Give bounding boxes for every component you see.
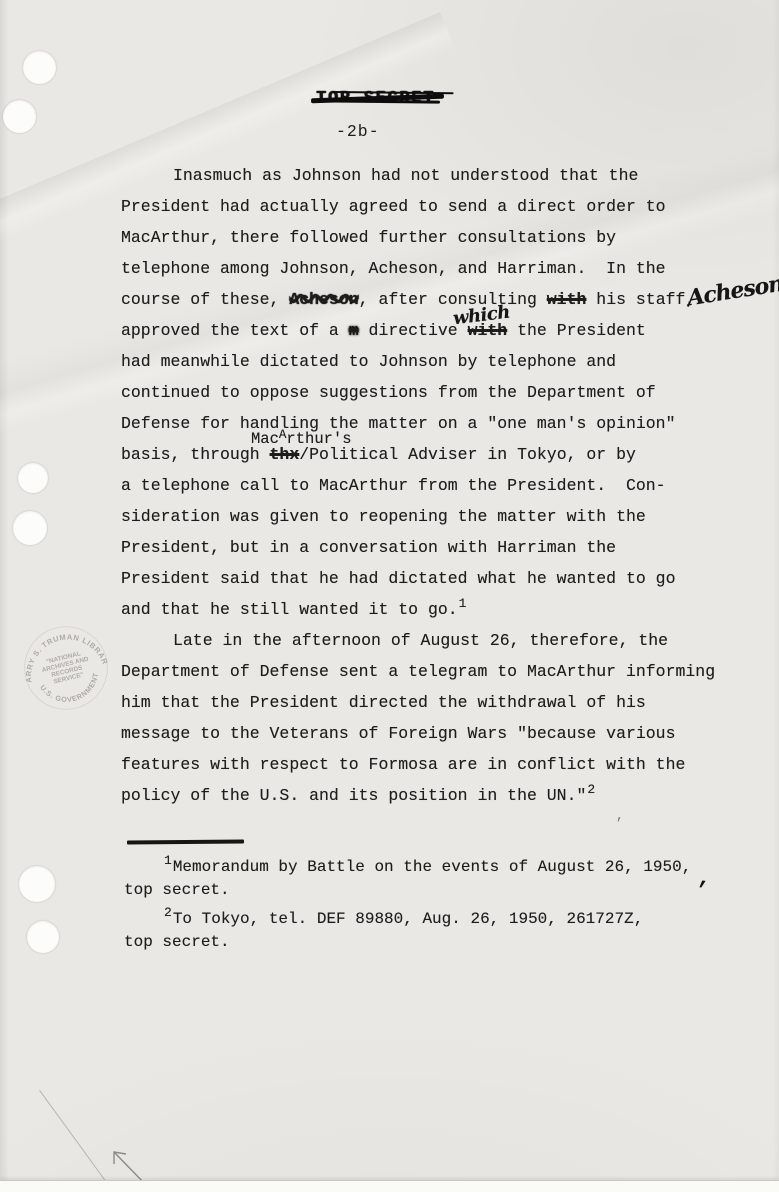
body-line: President, but in a conversation with Ha…	[121, 532, 741, 563]
insertion-segment: Mac	[251, 430, 279, 448]
stray-ink-mark: ,	[616, 808, 624, 823]
footnote-1-text: Memorandum by Battle on the events of Au…	[173, 858, 691, 876]
footnote-separator	[127, 839, 244, 844]
document-body: Inasmuch as Johnson had not understood t…	[121, 160, 741, 811]
footnote-2-text: To Tokyo, tel. DEF 89880, Aug. 26, 1950,…	[173, 910, 643, 928]
punch-hole	[3, 100, 36, 133]
body-line: him that the President directed the with…	[121, 687, 741, 718]
body-line: Defense for handling the matter on a "on…	[121, 408, 741, 439]
body-line: Department of Defense sent a telegram to…	[121, 656, 741, 687]
body-line: MacArthur, there followed further consul…	[121, 222, 741, 253]
footnote-2-continuation: top secret.	[124, 931, 744, 954]
struck-word-with: with	[547, 290, 587, 309]
body-text-segment: policy of the U.S. and its position in t…	[121, 786, 586, 805]
footnotes: 1Memorandum by Battle on the events of A…	[124, 856, 744, 960]
footnote-1: 1Memorandum by Battle on the events of A…	[124, 856, 744, 902]
scanned-document: { "document": { "classification": "TOP S…	[0, 0, 779, 1192]
body-line: basis, through thx/Political Adviser in …	[121, 439, 741, 470]
body-line: President said that he had dictated what…	[121, 563, 741, 594]
body-line: sideration was given to reopening the ma…	[121, 501, 741, 532]
punch-hole	[27, 921, 59, 953]
body-text-segment: directive	[359, 321, 468, 340]
truman-library-archive-stamp: HARRY S. TRUMAN LIBRARY U.S. GOVERNMENT …	[13, 615, 120, 722]
body-line: Late in the afternoon of August 26, ther…	[121, 625, 741, 656]
footnote-1-marker: 1	[164, 853, 172, 868]
body-line: approved the text of a m directive with …	[121, 315, 741, 346]
punch-hole	[13, 511, 47, 545]
classification-header: TOP SECRET	[316, 88, 446, 112]
body-line: a telephone call to MacArthur from the P…	[121, 470, 741, 501]
insertion-segment: rthur's	[286, 430, 351, 448]
body-line: features with respect to Formosa are in …	[121, 749, 741, 780]
page-number: -2b-	[336, 122, 380, 141]
body-text-segment: his staff,	[586, 290, 695, 309]
body-text-segment: and that he still wanted it to go.	[121, 600, 458, 619]
punch-hole	[23, 51, 56, 84]
footnote-1-continuation: top secret.	[124, 879, 744, 902]
struck-word-acheson: Acheson	[289, 290, 358, 309]
punch-hole	[19, 866, 55, 902]
body-line: policy of the U.S. and its position in t…	[121, 780, 741, 811]
body-line: Inasmuch as Johnson had not understood t…	[121, 160, 741, 191]
body-text-segment: the President	[507, 321, 646, 340]
footnote-reference-1: 1	[459, 596, 467, 611]
scan-background-strip	[0, 1180, 779, 1192]
body-text-segment: approved the text of a	[121, 321, 349, 340]
body-text-segment: course of these,	[121, 290, 289, 309]
body-line: President had actually agreed to send a …	[121, 191, 741, 222]
body-line: had meanwhile dictated to Johnson by tel…	[121, 346, 741, 377]
body-line: continued to oppose suggestions from the…	[121, 377, 741, 408]
typed-macarthurs-insertion: MacArthur's	[251, 424, 352, 456]
insertion-superscript: A	[279, 428, 287, 442]
body-line: course of these, Acheson, after consulti…	[121, 284, 741, 315]
footnote-2: 2To Tokyo, tel. DEF 89880, Aug. 26, 1950…	[124, 908, 744, 954]
body-line: message to the Veterans of Foreign Wars …	[121, 718, 741, 749]
footnote-2-marker: 2	[164, 905, 172, 920]
body-text-segment: basis, through	[121, 445, 270, 464]
punch-hole	[18, 463, 48, 493]
body-line: telephone among Johnson, Acheson, and Ha…	[121, 253, 741, 284]
document-page: TOP SECRET -2b- Inasmuch as Johnson had …	[0, 0, 779, 1180]
body-line: and that he still wanted it to go.1	[121, 594, 741, 625]
overstruck-character: m	[349, 321, 359, 340]
footnote-reference-2: 2	[587, 782, 595, 797]
